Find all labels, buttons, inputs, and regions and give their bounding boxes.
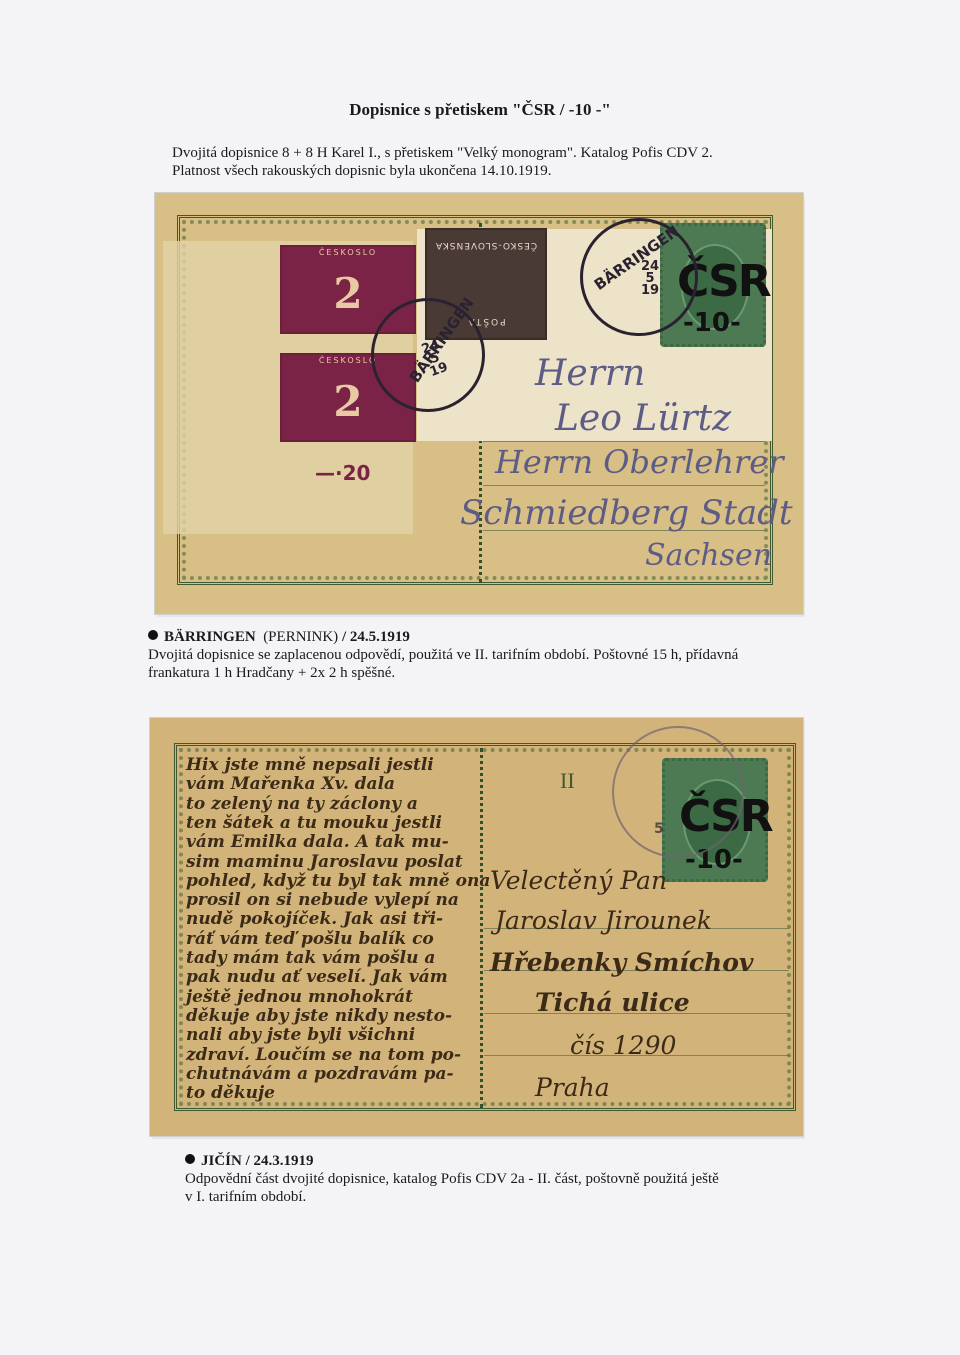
intro-text: Dvojitá dopisnice 8 + 8 H Karel I., s př…	[172, 144, 812, 180]
caption-line-2: frankatura 1 h Hradčany + 2x 2 h spěšné.	[148, 664, 828, 682]
caption-jicin: JIČÍN / 24.3.1919 Odpovědní část dvojité…	[185, 1152, 805, 1206]
address-line-5: čís 1290	[570, 1031, 676, 1060]
address-line	[483, 485, 765, 486]
address-line-4: Tichá ulice	[535, 988, 690, 1017]
address-line-2: Leo Lürtz	[555, 398, 731, 439]
page-title: Dopisnice s přetiskem "ČSR / -10 -"	[0, 100, 960, 120]
address-line-2: Jaroslav Jirounek	[495, 906, 712, 935]
address-line-1: Velectěný Pan	[490, 866, 667, 895]
postcard-jicin: II ČSR -10- 5 Hix jste mně nepsali jestl…	[150, 718, 803, 1136]
postcard-barringen: ČESKOSLO 2 ČESKOSLO 2 —·20 ČESKO-SLOVENS…	[155, 193, 803, 614]
address-line-5: Sachsen	[645, 538, 772, 573]
address-line-3: Herrn Oberlehrer	[495, 443, 783, 481]
part-label: II	[560, 768, 575, 794]
message-line: to děkuje	[186, 1082, 275, 1105]
dotted-divider	[480, 748, 483, 1108]
address-line	[483, 441, 765, 442]
caption-barringen: BÄRRINGEN (PERNINK) / 24.5.1919 Dvojitá …	[148, 628, 828, 682]
bullet-icon	[185, 1154, 195, 1164]
caption-line-1: Odpovědní část dvojité dopisnice, katalo…	[185, 1170, 805, 1188]
caption-heading: JIČÍN / 24.3.1919	[185, 1152, 805, 1170]
postmark-jicin: 5	[612, 726, 744, 858]
caption-heading: BÄRRINGEN (PERNINK) / 24.5.1919	[148, 628, 828, 646]
address-line-4: Schmiedberg Stadt	[460, 493, 793, 533]
caption-line-1: Dvojitá dopisnice se zaplacenou odpovědí…	[148, 646, 828, 664]
address-line-3: Hřebenky Smíchov	[490, 948, 753, 977]
overprint-value: -10-	[683, 308, 741, 338]
bullet-icon	[148, 630, 158, 640]
caption-line-2: v I. tarifním období.	[185, 1188, 805, 1206]
margin-mark: —·20	[315, 461, 370, 485]
postmark-barringen-right: BÄRRINGEN 24 5 19	[580, 218, 698, 336]
intro-line-1: Dvojitá dopisnice 8 + 8 H Karel I., s př…	[172, 144, 812, 162]
address-line-6: Praha	[535, 1073, 610, 1102]
intro-line-2: Platnost všech rakouských dopisnic byla …	[172, 162, 812, 180]
address-line-1: Herrn	[535, 353, 645, 394]
postmark-barringen-left: BÄRRINGEN 24 5 19	[371, 298, 485, 412]
